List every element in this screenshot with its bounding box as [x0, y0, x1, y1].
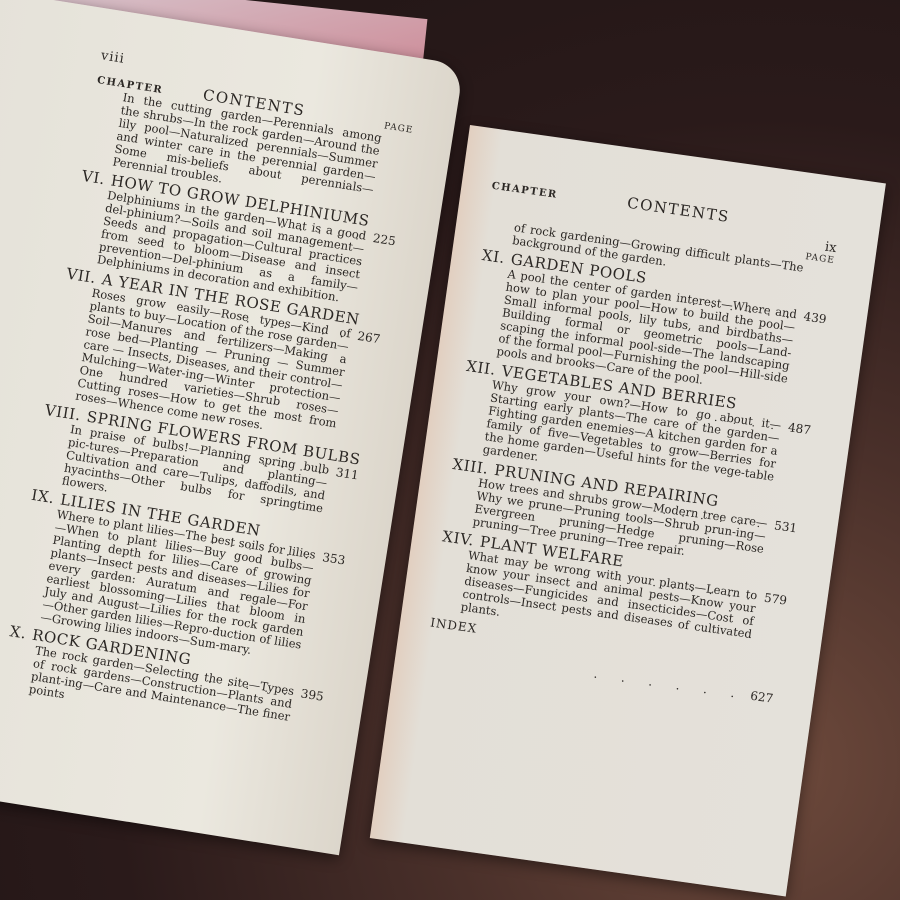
chapter-page-number: 487 [787, 420, 812, 437]
right-page: CHAPTER CONTENTS ix PAGE of rock gardeni… [370, 125, 886, 896]
chapter-page-number: 225 [372, 231, 397, 248]
chapter-page-number: 579 [763, 591, 788, 608]
chapter-page-number: 439 [803, 309, 828, 326]
chapter-page-number: 353 [321, 550, 346, 567]
chapter-page-number: 531 [773, 518, 798, 535]
chapter-page-number: 395 [300, 686, 325, 703]
chapter-page-number: 311 [335, 465, 360, 482]
page-label: PAGE [383, 121, 414, 135]
index-page-number: 627 [749, 689, 774, 706]
chapter-page-number: 267 [356, 329, 381, 346]
index-label: INDEX [429, 615, 478, 635]
